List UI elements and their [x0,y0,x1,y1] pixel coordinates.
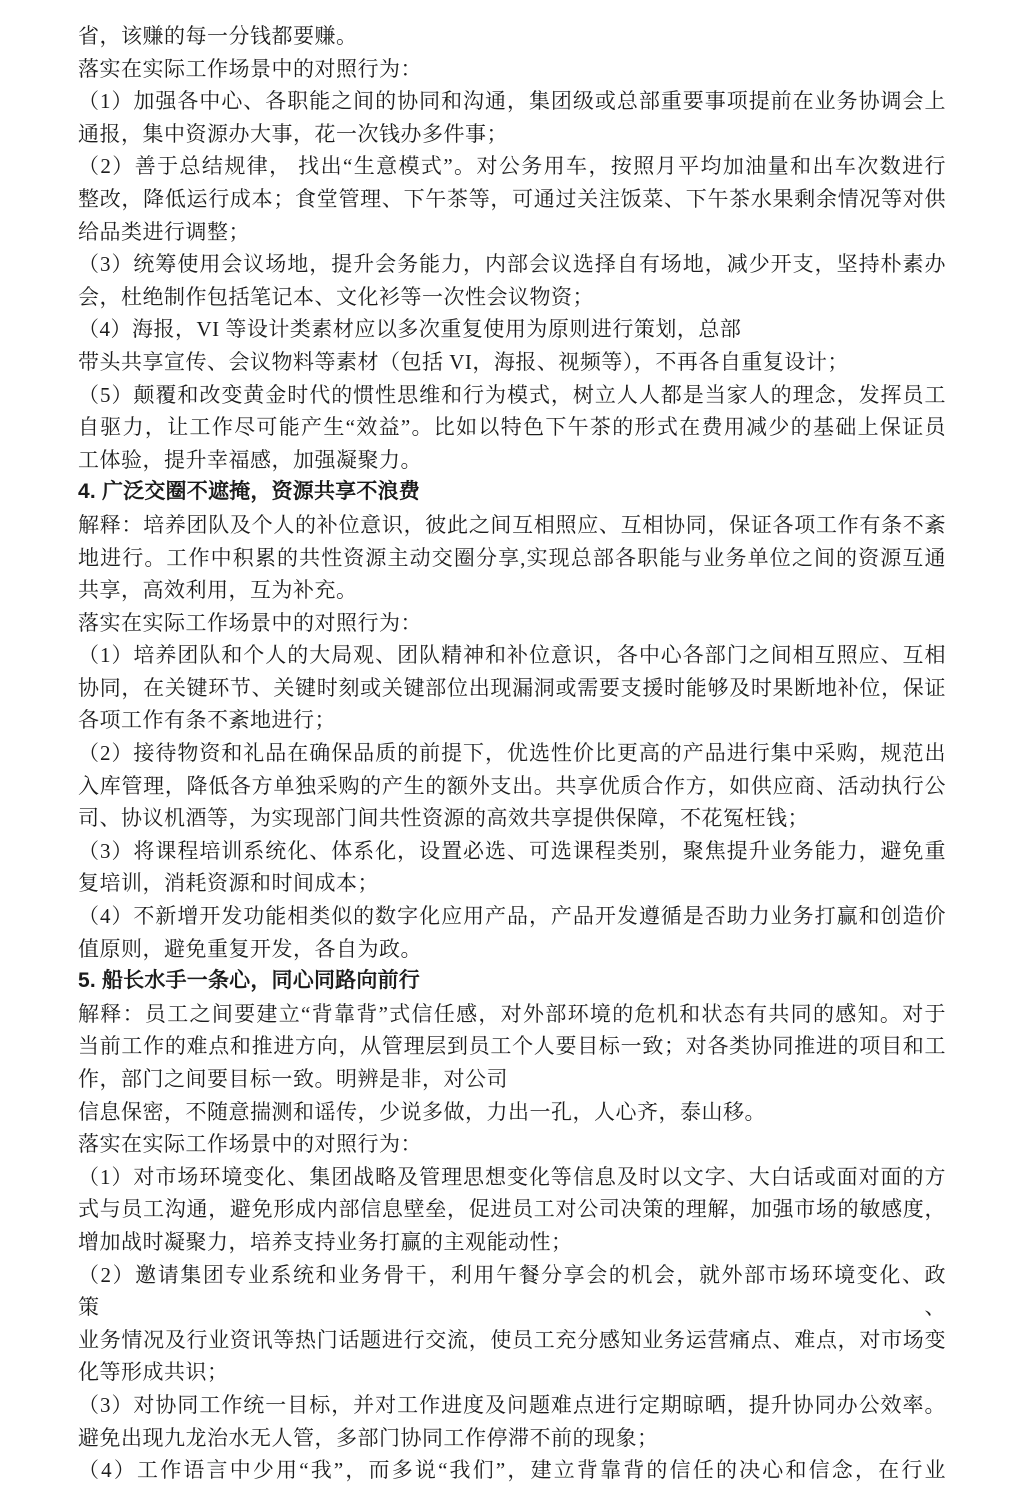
text-line: 省，该赚的每一分钱都要赚。 [78,20,946,53]
text-line: 自驱力，让工作尽可能产生“效益”。比如以特色下午茶的形式在费用减少的基础上保证员 [78,411,946,444]
text-line: （1）对市场环境变化、集团战略及管理思想变化等信息及时以文字、大白话或面对面的方 [78,1161,946,1194]
section-heading: 5. 船长水手一条心，同心同路向前行 [78,965,946,998]
text-line: 增加战时凝聚力，培养支持业务打赢的主观能动性； [78,1226,946,1259]
text-line: 作，部门之间要目标一致。明辨是非，对公司 [78,1063,946,1096]
text-line: （3）将课程培训系统化、体系化，设置必选、可选课程类别，聚焦提升业务能力，避免重 [78,835,946,868]
text-line: 司、协议机酒等，为实现部门间共性资源的高效共享提供保障，不花冤枉钱； [78,802,946,835]
text-line: 落实在实际工作场景中的对照行为： [78,607,946,640]
text-line: （4）工作语言中少用“我”，而多说“我们”，建立背靠背的信任的决心和信念，在行业 [78,1454,946,1487]
text-line: （2）善于总结规律， 找出“生意模式”。对公务用车，按照月平均加油量和出车次数进… [78,150,946,183]
text-line: 解释：员工之间要建立“背靠背”式信任感，对外部环境的危机和状态有共同的感知。对于 [78,998,946,1031]
text-line: 落实在实际工作场景中的对照行为： [78,53,946,86]
text-line: 避免出现九龙治水无人管，多部门协同工作停滞不前的现象； [78,1422,946,1455]
text-line: 入库管理，降低各方单独采购的产生的额外支出。共享优质合作方，如供应商、活动执行公 [78,770,946,803]
text-line: 各项工作有条不紊地进行； [78,704,946,737]
text-line: 复培训，消耗资源和时间成本； [78,867,946,900]
section-heading: 4. 广泛交圈不遮掩，资源共享不浪费 [78,476,946,509]
text-line: 整改，降低运行成本；食堂管理、下午茶等，可通过关注饭菜、下午茶水果剩余情况等对供 [78,183,946,216]
text-line: （2）邀请集团专业系统和业务骨干，利用午餐分享会的机会，就外部市场环境变化、政策… [78,1259,946,1324]
text-line: 值原则，避免重复开发，各自为政。 [78,933,946,966]
text-line: 地进行。工作中积累的共性资源主动交圈分享,实现总部各职能与业务单位之间的资源互通 [78,542,946,575]
text-line: （1）培养团队和个人的大局观、团队精神和补位意识，各中心各部门之间相互照应、互相 [78,639,946,672]
text-line: 工体验，提升幸福感，加强凝聚力。 [78,444,946,477]
text-line: 化等形成共识； [78,1356,946,1389]
text-line: （3）对协同工作统一目标，并对工作进度及问题难点进行定期晾晒，提升协同办公效率。 [78,1389,946,1422]
document-body: 省，该赚的每一分钱都要赚。落实在实际工作场景中的对照行为：（1）加强各中心、各职… [78,20,946,1487]
text-line: 会，杜绝制作包括笔记本、文化衫等一次性会议物资； [78,281,946,314]
text-line: 通报，集中资源办大事，花一次钱办多件事； [78,118,946,151]
text-line: （2）接待物资和礼品在确保品质的前提下，优选性价比更高的产品进行集中采购，规范出 [78,737,946,770]
text-line: 落实在实际工作场景中的对照行为： [78,1128,946,1161]
text-line: 当前工作的难点和推进方向，从管理层到员工个人要目标一致；对各类协同推进的项目和工 [78,1030,946,1063]
text-line: 协同，在关键环节、关键时刻或关键部位出现漏洞或需要支援时能够及时果断地补位，保证 [78,672,946,705]
text-line: （1）加强各中心、各职能之间的协同和沟通，集团级或总部重要事项提前在业务协调会上 [78,85,946,118]
text-line: 业务情况及行业资讯等热门话题进行交流，使员工充分感知业务运营痛点、难点，对市场变 [78,1324,946,1357]
text-line: 信息保密，不随意揣测和谣传，少说多做，力出一孔，人心齐，泰山移。 [78,1096,946,1129]
text-line: 带头共享宣传、会议物料等素材（包括 VI，海报、视频等），不再各自重复设计； [78,346,946,379]
text-line: 解释：培养团队及个人的补位意识，彼此之间互相照应、互相协同，保证各项工作有条不紊 [78,509,946,542]
text-line: （3）统筹使用会议场地，提升会务能力，内部会议选择自有场地，减少开支，坚持朴素办 [78,248,946,281]
text-line: （4）不新增开发功能相类似的数字化应用产品，产品开发遵循是否助力业务打赢和创造价 [78,900,946,933]
document-page: 省，该赚的每一分钱都要赚。落实在实际工作场景中的对照行为：（1）加强各中心、各职… [78,20,946,1487]
text-line: 给品类进行调整； [78,216,946,249]
text-line: 式与员工沟通，避免形成内部信息壁垒，促进员工对公司决策的理解，加强市场的敏感度， [78,1193,946,1226]
text-line: （5）颠覆和改变黄金时代的惯性思维和行为模式，树立人人都是当家人的理念，发挥员工 [78,379,946,412]
text-line: 共享，高效利用，互为补充。 [78,574,946,607]
text-line: （4）海报，VI 等设计类素材应以多次重复使用为原则进行策划，总部 [78,313,946,346]
